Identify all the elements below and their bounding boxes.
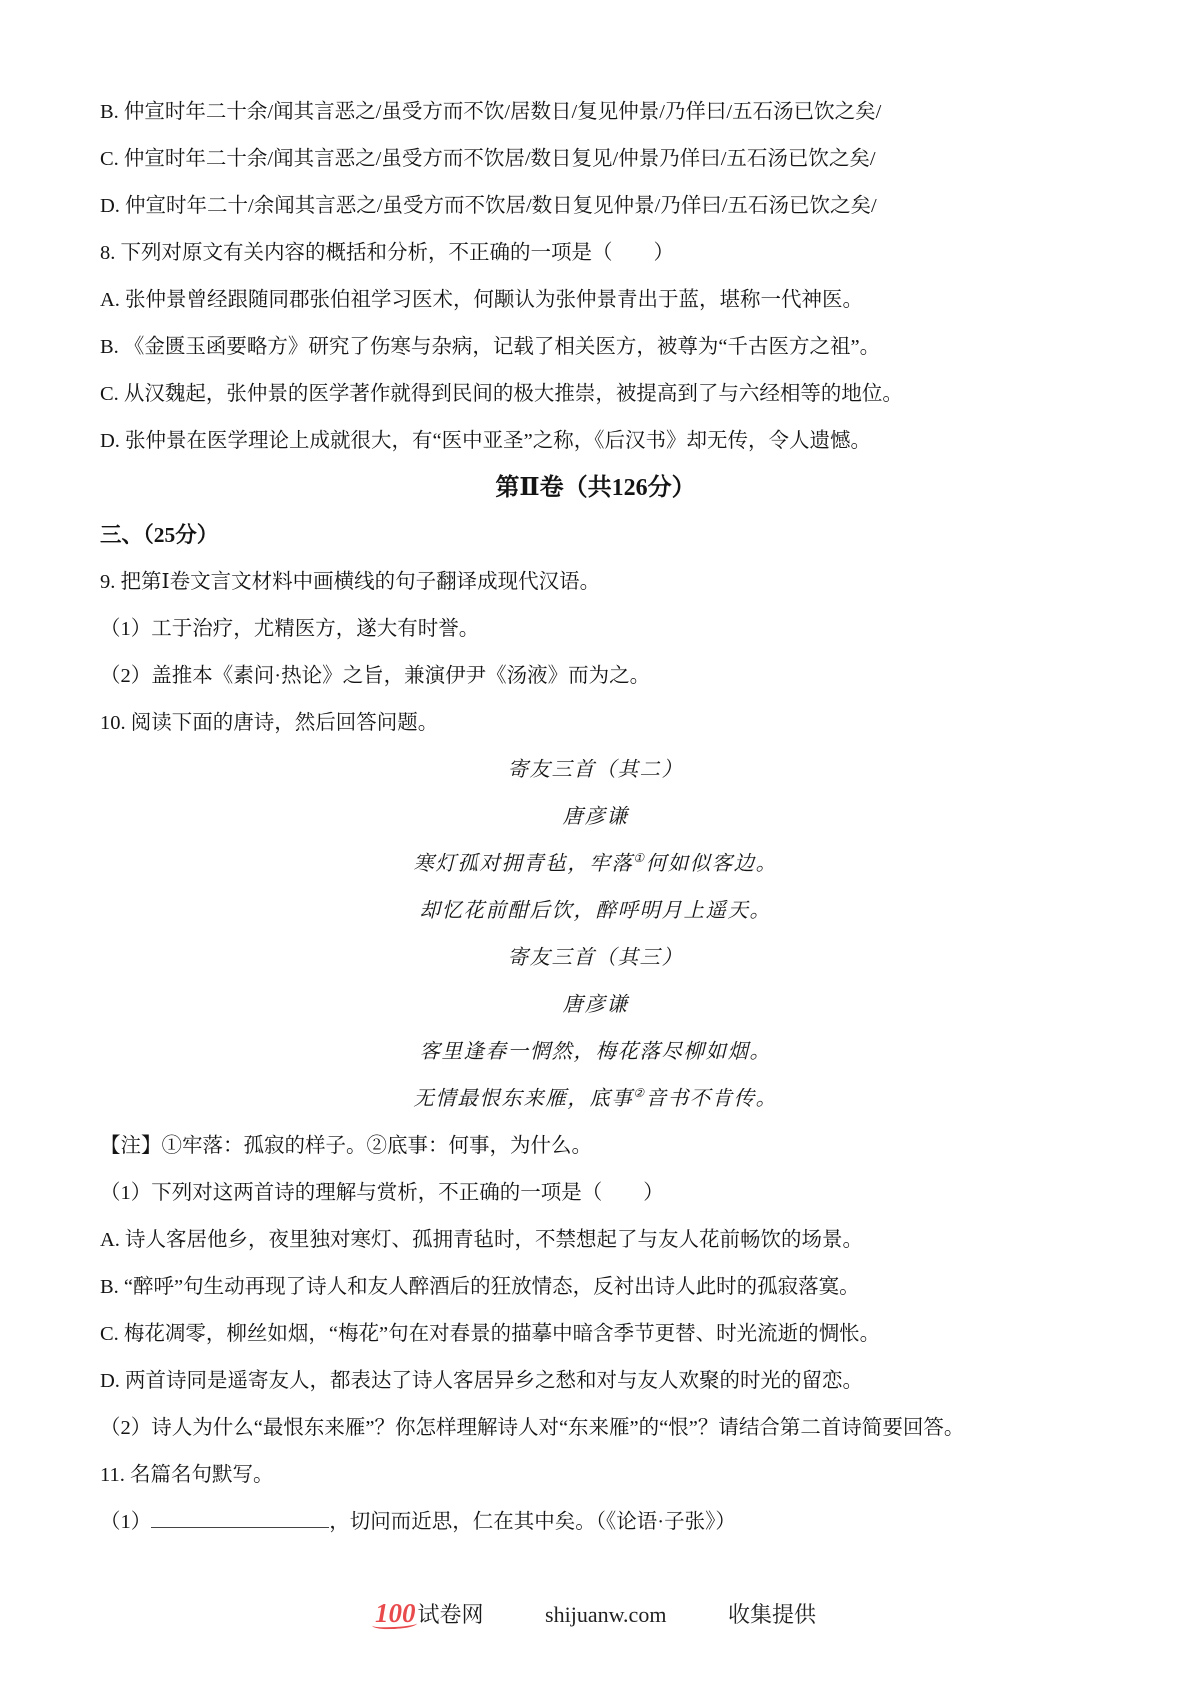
poem2-line2-rest: 音书不肯传。 xyxy=(646,1088,778,1110)
q11-item1: （1），切问而近思，仁在其中矣。（《论语·子张》） xyxy=(100,1499,1091,1546)
q9-part2: （2）盖推本《素问·热论》之旨，兼演伊尹《汤液》而为之。 xyxy=(100,653,1091,700)
q7-option-c: C. 仲宣时年二十余/闻其言恶之/虽受方而不饮居/数日复见/仲景乃佯曰/五石汤已… xyxy=(100,136,1091,183)
poem1-line1-rest: 何如似客边。 xyxy=(646,853,778,875)
q7-option-b: B. 仲宣时年二十余/闻其言恶之/虽受方而不饮/居数日/复见仲景/乃佯曰/五石汤… xyxy=(100,89,1091,136)
note-ref-2: ② xyxy=(633,1086,645,1100)
q10-sub1-stem: （1）下列对这两首诗的理解与赏析，不正确的一项是（ ） xyxy=(100,1170,1091,1217)
q8-option-c: C. 从汉魏起，张仲景的医学著作就得到民间的极大推崇，被提高到了与六经相等的地位… xyxy=(100,371,1091,418)
q7-option-d: D. 仲宣时年二十/余闻其言恶之/虽受方而不饮居/数日复见仲景/乃佯曰/五石汤已… xyxy=(100,183,1091,230)
poem2-title: 寄友三首（其三） xyxy=(100,935,1091,982)
section3-header: 三、（25分） xyxy=(100,512,1091,559)
page-content: B. 仲宣时年二十余/闻其言恶之/虽受方而不饮/居数日/复见仲景/乃佯曰/五石汤… xyxy=(100,89,1091,1546)
q9-part1: （1）工于治疗，尤精医方，遂大有时誉。 xyxy=(100,606,1091,653)
q10-sub1-option-c: C. 梅花凋零，柳丝如烟，“梅花”句在对春景的描摹中暗含季节更替、时光流逝的惆怅… xyxy=(100,1311,1091,1358)
logo-site-name: 试卷网 xyxy=(418,1602,484,1627)
site-domain: shijuanw.com xyxy=(545,1602,666,1627)
q8-option-a: A. 张仲景曾经跟随同郡张伯祖学习医术，何颙认为张仲景青出于蓝，堪称一代神医。 xyxy=(100,277,1091,324)
q11-stem: 11. 名篇名句默写。 xyxy=(100,1452,1091,1499)
q10-sub1-option-a: A. 诗人客居他乡，夜里独对寒灯、孤拥青毡时，不禁想起了与友人花前畅饮的场景。 xyxy=(100,1217,1091,1264)
poem1-line2: 却忆花前酣后饮，醉呼明月上遥天。 xyxy=(100,888,1091,935)
q11-item1-text: ，切问而近思，仁在其中矣。（《论语·子张》） xyxy=(329,1511,736,1533)
poem2-line2-text: 无情最恨东来雁，底事 xyxy=(413,1088,633,1110)
q11-item1-number: （1） xyxy=(100,1511,151,1533)
q10-stem: 10. 阅读下面的唐诗，然后回答问题。 xyxy=(100,700,1091,747)
poem1-title: 寄友三首（其二） xyxy=(100,747,1091,794)
poem2-line1: 客里逢春一惘然，梅花落尽柳如烟。 xyxy=(100,1029,1091,1076)
note-ref-1: ① xyxy=(633,851,645,865)
q9-stem: 9. 把第Ⅰ卷文言文材料中画横线的句子翻译成现代汉语。 xyxy=(100,559,1091,606)
q10-sub1-option-d: D. 两首诗同是遥寄友人，都表达了诗人客居异乡之愁和对与友人欢聚的时光的留恋。 xyxy=(100,1358,1091,1405)
poem2-line2: 无情最恨东来雁，底事②音书不肯传。 xyxy=(100,1076,1091,1123)
q10-sub1-option-b: B. “醉呼”句生动再现了诗人和友人醉酒后的狂放情态，反衬出诗人此时的孤寂落寞。 xyxy=(100,1264,1091,1311)
poem1-author: 唐彦谦 xyxy=(100,794,1091,841)
site-logo: 100试卷网 xyxy=(375,1602,484,1627)
q10-sub2: （2）诗人为什么“最恨东来雁”？你怎样理解诗人对“东来雁”的“恨”？请结合第二首… xyxy=(100,1405,1091,1452)
poem1-line1: 寒灯孤对拥青毡，牢落①何如似客边。 xyxy=(100,841,1091,888)
poem1-line1-text: 寒灯孤对拥青毡，牢落 xyxy=(413,853,633,875)
fill-in-blank xyxy=(151,1504,329,1528)
logo-100: 100 xyxy=(375,1598,416,1629)
q8-option-d: D. 张仲景在医学理论上成就很大，有“医中亚圣”之称，《后汉书》却无传，令人遗憾… xyxy=(100,418,1091,465)
part2-header: 第Ⅱ卷（共126分） xyxy=(100,465,1091,512)
poem2-author: 唐彦谦 xyxy=(100,982,1091,1029)
q8-option-b: B. 《金匮玉函要略方》研究了伤寒与杂病，记载了相关医方，被尊为“千古医方之祖”… xyxy=(100,324,1091,371)
page-footer: 100试卷网 shijuanw.com 收集提供 xyxy=(0,1598,1191,1629)
exam-paper-page: B. 仲宣时年二十余/闻其言恶之/虽受方而不饮/居数日/复见仲景/乃佯曰/五石汤… xyxy=(0,0,1191,1684)
footer-credit: 收集提供 xyxy=(728,1602,816,1627)
q8-stem: 8. 下列对原文有关内容的概括和分析，不正确的一项是（ ） xyxy=(100,230,1091,277)
poem-note: 【注】①牢落：孤寂的样子。②底事：何事，为什么。 xyxy=(100,1123,1091,1170)
